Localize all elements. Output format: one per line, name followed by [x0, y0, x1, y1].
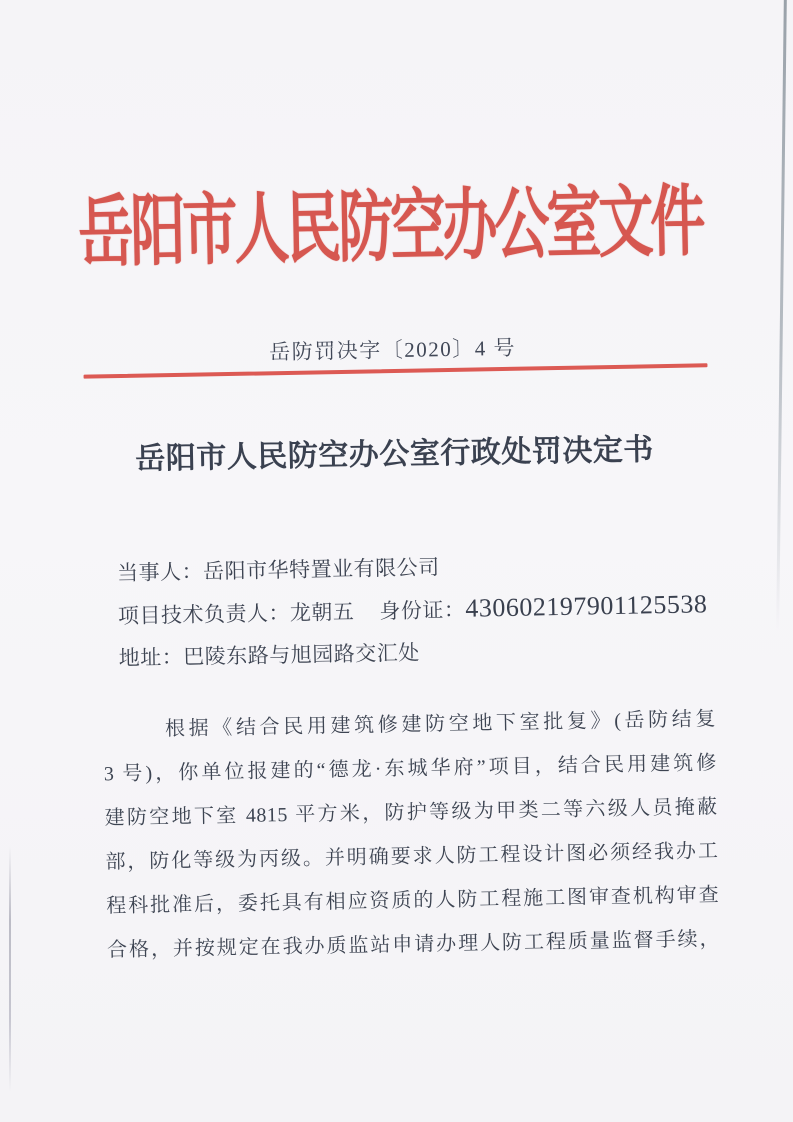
id-label: 身份证：	[379, 598, 465, 624]
id-number: 430602197901125538	[465, 589, 708, 622]
id-group: 身份证：430602197901125538	[379, 583, 708, 632]
responsible-person-text: 项目技术负责人：龙朝五	[118, 591, 355, 637]
body-paragraph: 根据《结合民用建筑修建防空地下室批复》(岳防结复〔2018〕 3 号)，你单位报…	[103, 697, 721, 972]
scanned-document-page: 岳阳市人民防空办公室文件 岳防罚决字〔2020〕4 号 岳阳市人民防空办公室行政…	[0, 0, 793, 1122]
party-info-block: 当事人：岳阳市华特置业有限公司 项目技术负责人：龙朝五 身份证：43060219…	[117, 541, 709, 679]
agency-header-title: 岳阳市人民防空办公室文件	[0, 193, 788, 278]
document-title: 岳阳市人民防空办公室行政处罚决定书	[0, 422, 791, 481]
agency-header-title-text: 岳阳市人民防空办公室文件	[78, 183, 703, 274]
